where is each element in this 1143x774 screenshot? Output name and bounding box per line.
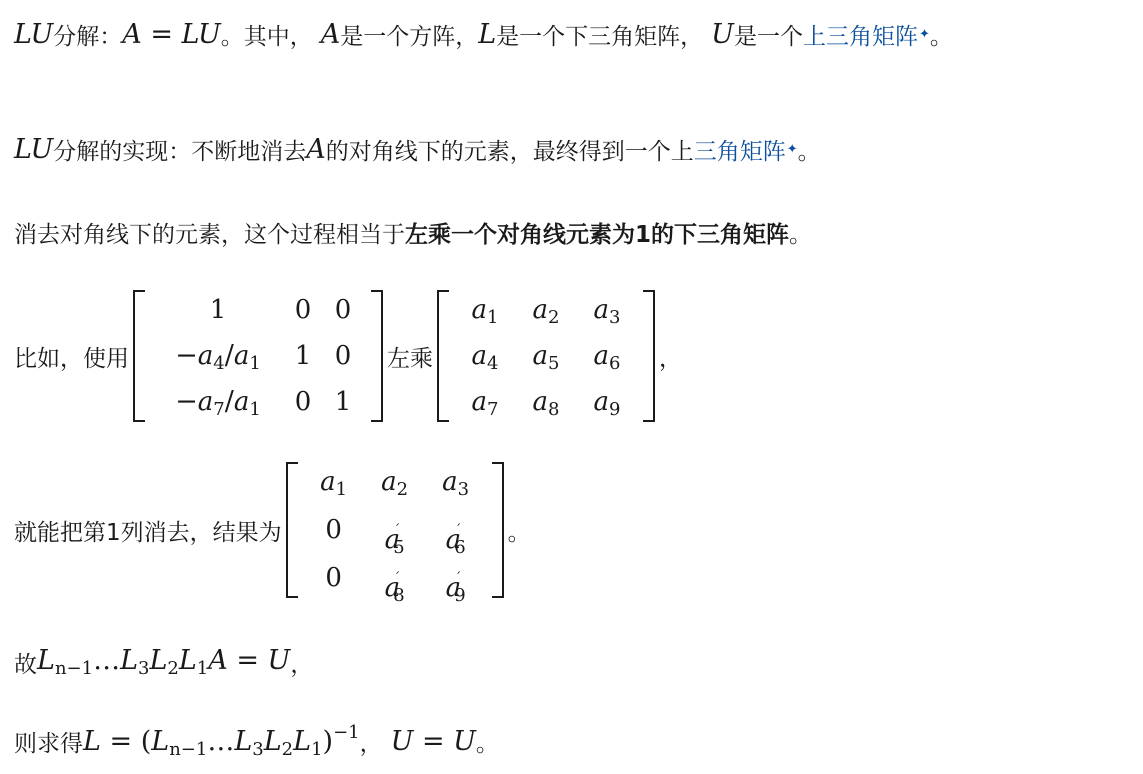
matrix-cell: a5 [513,336,579,376]
matrix-cell: a2 [513,290,579,330]
paragraph-product: 故 Ln−1…L3L2L1A = U ， [14,645,313,679]
paragraph-lu-definition: LU 分解： A = LU 。其中， A 是一个方阵， L 是一个下三角矩阵， … [14,18,953,51]
paragraph-elimination: 消去对角线下的元素，这个过程相当于 左乘一个对角线元素为1的下三角矩阵 。 [14,216,812,249]
matrix-cell: −a7/a1 [153,382,283,422]
math-product-formula: Ln−1…L3L2L1A = U [37,645,290,679]
matrix-cell: 0 [306,510,362,550]
matrix-l1: 1 0 0 −a4/a1 1 0 −a7/a1 0 1 [133,290,383,422]
math-a-equals-lu: A = LU [122,19,221,50]
matrix-cell: 0 [283,290,323,330]
text: 。 [798,133,821,166]
matrix-cell: a4 [457,336,513,376]
text: 左乘 [387,340,433,373]
matrix-cell: a′9 [428,558,484,598]
matrix-cell: 1 [283,336,323,376]
link-triangular-matrix[interactable]: 三角矩阵 [694,133,786,166]
right-bracket [492,462,504,598]
text: 的对角线下的元素，最终得到一个上 [326,133,694,166]
paragraph-result: 就能把第1列消去，结果为 a1 a2 a3 0 a′5 a′6 0 a′8 a′… [14,462,531,598]
matrix-cell: a2 [362,462,428,502]
text: 。 [476,725,499,758]
text: 是一个下三角矩阵， [496,18,703,51]
matrix-cell: a1 [306,462,362,502]
matrix-cell: −a4/a1 [153,336,283,376]
sparkle-icon: ✦ [919,27,930,42]
text: 是一个 [734,18,803,51]
matrix-cell: a′5 [362,510,428,550]
text: 。 [930,18,953,51]
left-bracket [286,462,298,598]
text: 比如，使用 [14,340,129,373]
text: 。 [508,514,531,547]
math-a: A [321,19,341,50]
matrix-cell: a3 [579,290,635,330]
matrix-cell: a8 [513,382,579,422]
math-a: A [306,134,326,165]
matrix-cell: a1 [457,290,513,330]
matrix-cell: a3 [428,462,484,502]
matrix-cell: a′6 [428,510,484,550]
paragraph-conclusion: 则求得 L = (Ln−1…L3L2L1)−1 ， U = U 。 [14,722,499,760]
sparkle-icon: ✦ [787,142,798,157]
bold-text: 左乘一个对角线元素为1的下三角矩阵 [405,216,789,249]
text: 故 [14,646,37,679]
left-bracket [133,290,145,422]
left-bracket [437,290,449,422]
text: 是一个方阵， [340,18,478,51]
text: 分解的实现：不断地消去 [53,133,306,166]
math-u-formula: U = U [391,726,476,757]
matrix-cell: 0 [323,290,363,330]
matrix-a: a1 a2 a3 a4 a5 a6 a7 a8 a9 [437,290,655,422]
text: ， [290,646,313,679]
text: 。 [789,216,812,249]
matrix-cell: 1 [153,290,283,330]
right-bracket [643,290,655,422]
matrix-cell: 1 [323,382,363,422]
text: ， [659,340,682,373]
matrix-cell: 0 [306,558,362,598]
math-lu: LU [14,134,53,165]
math-l-inverse-formula: L = (Ln−1…L3L2L1)−1 [83,722,360,760]
text: 消去对角线下的元素，这个过程相当于 [14,216,405,249]
text: 就能把第1列消去，结果为 [14,514,282,547]
matrix-cell: a9 [579,382,635,422]
matrix-cell: a7 [457,382,513,422]
math-l: L [478,19,496,50]
link-upper-triangular-matrix[interactable]: 上三角矩阵 [803,18,918,51]
matrix-cell: a′8 [362,558,428,598]
math-lu: LU [14,19,53,50]
math-u: U [711,19,734,50]
text: ， [360,725,383,758]
matrix-cell: 0 [323,336,363,376]
matrix-result: a1 a2 a3 0 a′5 a′6 0 a′8 a′9 [286,462,504,598]
text: 则求得 [14,725,83,758]
right-bracket [371,290,383,422]
text: 分解： [53,18,122,51]
paragraph-lu-implementation: LU 分解的实现：不断地消去 A 的对角线下的元素，最终得到一个上 三角矩阵 ✦… [14,133,821,166]
matrix-cell: a6 [579,336,635,376]
matrix-cell: 0 [283,382,323,422]
paragraph-example: 比如，使用 1 0 0 −a4/a1 1 0 −a7/a1 0 1 左乘 a1 … [14,290,682,422]
text: 。其中， [221,18,313,51]
